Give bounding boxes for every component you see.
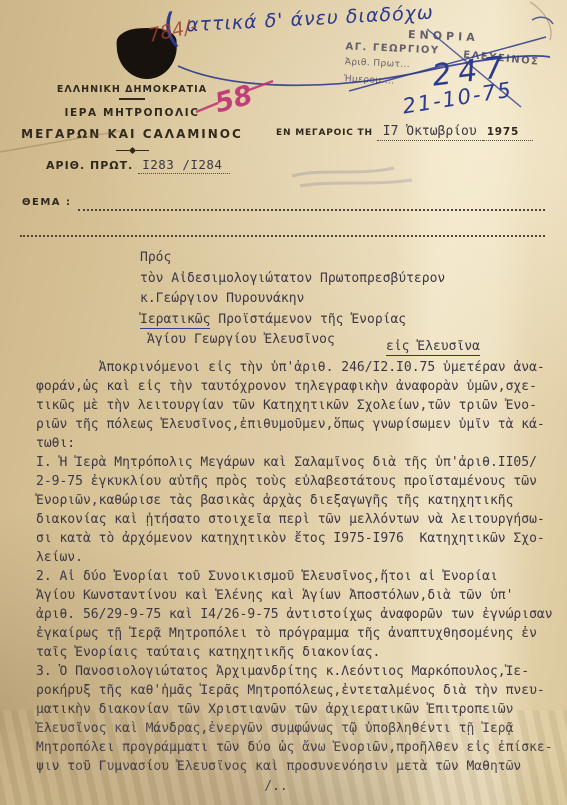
recipient-to: Πρός bbox=[140, 248, 445, 269]
date-typed-value: I7 Ὀκτωβρίου bbox=[377, 124, 483, 141]
body-intro: Ἀποκρινόμενοι εἰς τὴν ὑπ'ἀριθ. 246/I2.I0… bbox=[36, 358, 558, 453]
letterhead-org-line1: ΙΕΡΑ ΜΗΤΡΟΠΟΛΙC bbox=[16, 107, 248, 119]
recipient-line-1: τὸν Αἰδεσιμολογιώτατον Πρωτοπρεσβύτερον bbox=[140, 269, 445, 290]
recipient-line-3: Ἱερατικῶς Προϊστάμενον τῆς Ἐνορίας bbox=[140, 310, 445, 331]
subject-dotted-line-1 bbox=[78, 196, 545, 211]
recipient-block: Πρός τὸν Αἰδεσιμολογιώτατον Πρωτοπρεσβύτ… bbox=[140, 248, 445, 351]
letter-body: Ἀποκρινόμενοι εἰς τὴν ὑπ'ἀριθ. 246/I2.I0… bbox=[36, 358, 558, 796]
recipient-line-2: κ.Γεώργιον Πυρουνάκην bbox=[140, 289, 445, 310]
scanned-letter-page: ΕΛΛΗΝΙΚΗ ΔΗΜΟΚΡΑΤΙΑ ΙΕΡΑ ΜΗΤΡΟΠΟΛΙC ΜΕΓΑ… bbox=[0, 0, 567, 805]
body-item-1: I. Ἡ Ἱερὰ Μητρόπολις Μεγάρων καὶ Σαλαμῖν… bbox=[36, 453, 558, 567]
pen-note-tail bbox=[532, 17, 553, 24]
letterhead-rule bbox=[119, 98, 145, 100]
body-item-2: 2. Αἱ δύο Ἐνορίαι τοῦ Συνοικισμοῦ Ἐλευσῖ… bbox=[36, 567, 558, 662]
pink-dash-right bbox=[249, 81, 273, 90]
place-date-line: ΕΝ ΜΕΓΑΡΟΙC ΤΗ I7 Ὀκτωβρίου1975 bbox=[276, 124, 533, 139]
protocol-label: ΑΡΙΘ. ΠΡΩΤ. bbox=[46, 159, 133, 172]
ink-bleedthrough-marks bbox=[292, 168, 412, 186]
continuation-mark: /.. bbox=[36, 777, 516, 796]
protocol-number-line: ΑΡΙΘ. ΠΡΩΤ. I283 /I284 bbox=[46, 157, 230, 172]
handwritten-red-number: 784/- bbox=[146, 15, 199, 47]
recipient-location: εἰς Ἐλευσῖνα bbox=[386, 339, 480, 356]
letterhead-divider bbox=[16, 148, 248, 153]
letterhead-org-line2: ΜΕΓΑΡΩΝ ΚΑΙ CΑΛΑΜΙΝΟC bbox=[16, 127, 248, 141]
body-item-3: 3. Ὁ Πανοσιολογιώτατος Ἀρχιμανδρίτης κ.Λ… bbox=[36, 662, 558, 776]
year-printed: 1975 bbox=[483, 126, 533, 141]
subject-label: ΘΕΜΑ : bbox=[22, 197, 72, 208]
protocol-value: I283 /I284 bbox=[138, 157, 230, 174]
subject-dotted-line-2 bbox=[20, 222, 545, 237]
underlined-word: Ἱερατικῶς bbox=[140, 312, 210, 329]
stamp-name-part1: ΑΓ. ΓΕΩΡΓΙΟΥ bbox=[345, 41, 440, 56]
place-label: ΕΝ ΜΕΓΑΡΟΙC ΤΗ bbox=[276, 128, 373, 138]
